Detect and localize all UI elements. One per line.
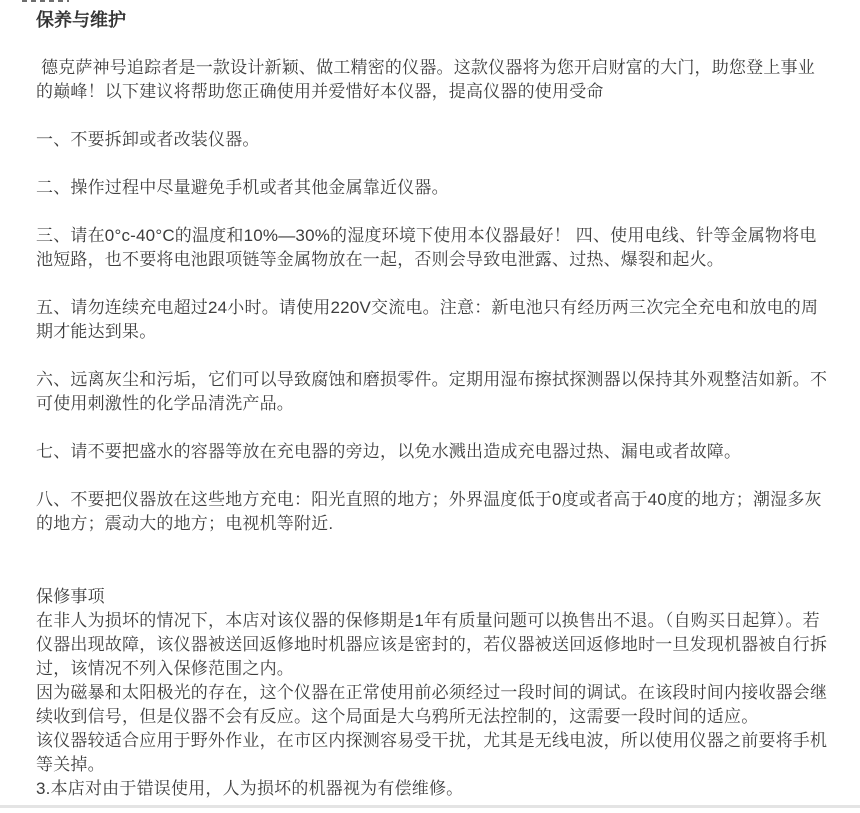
care-item-6: 六、远离灰尘和污垢，它们可以导致腐蚀和磨损零件。定期用湿布擦拭探测器以保持其外观… (36, 368, 831, 416)
care-item-7: 七、请不要把盛水的容器等放在充电器的旁边，以免水溅出造成充电器过热、漏电或者故障… (36, 440, 831, 464)
warranty-paragraph-1: 在非人为损坏的情况下，本店对该仪器的保修期是1年有质量问题可以换售出不退。（自购… (36, 609, 831, 681)
page-title: 保养与维护 (36, 8, 832, 32)
care-item-3-4: 三、请在0°c-40°C的温度和10%—30%的湿度环境下使用本仪器最好！ 四、… (36, 224, 831, 272)
care-item-5: 五、请勿连续充电超过24小时。请使用220V交流电。注意：新电池只有经历两三次完… (36, 296, 831, 344)
clipped-text-fragment (22, 0, 69, 2)
page: { "page": { "background_color": "#ffffff… (0, 0, 860, 813)
care-item-8: 八、不要把仪器放在这些地方充电：阳光直照的地方；外界温度低于0度或者高于40度的… (36, 488, 831, 536)
warranty-heading: 保修事项 (36, 585, 831, 609)
warranty-paragraph-2: 因为磁暴和太阳极光的存在，这个仪器在正常使用前必须经过一段时间的调试。在该段时间… (36, 681, 831, 729)
bottom-divider (0, 805, 860, 808)
care-item-2: 二、操作过程中尽量避免手机或者其他金属靠近仪器。 (36, 176, 831, 200)
intro-paragraph: 德克萨神号追踪者是一款设计新颖、做工精密的仪器。这款仪器将为您开启财富的大门，助… (36, 56, 831, 104)
warranty-section: 保修事项 在非人为损坏的情况下，本店对该仪器的保修期是1年有质量问题可以换售出不… (36, 585, 832, 801)
warranty-paragraph-4: 3.本店对由于错误使用，人为损坏的机器视为有偿维修。 (36, 777, 831, 801)
document-body: 保养与维护 德克萨神号追踪者是一款设计新颖、做工精密的仪器。这款仪器将为您开启财… (0, 0, 860, 801)
care-item-1: 一、不要拆卸或者改装仪器。 (36, 128, 831, 152)
warranty-paragraph-3: 该仪器较适合应用于野外作业，在市区内探测容易受干扰，尤其是无线电波，所以使用仪器… (36, 729, 831, 777)
